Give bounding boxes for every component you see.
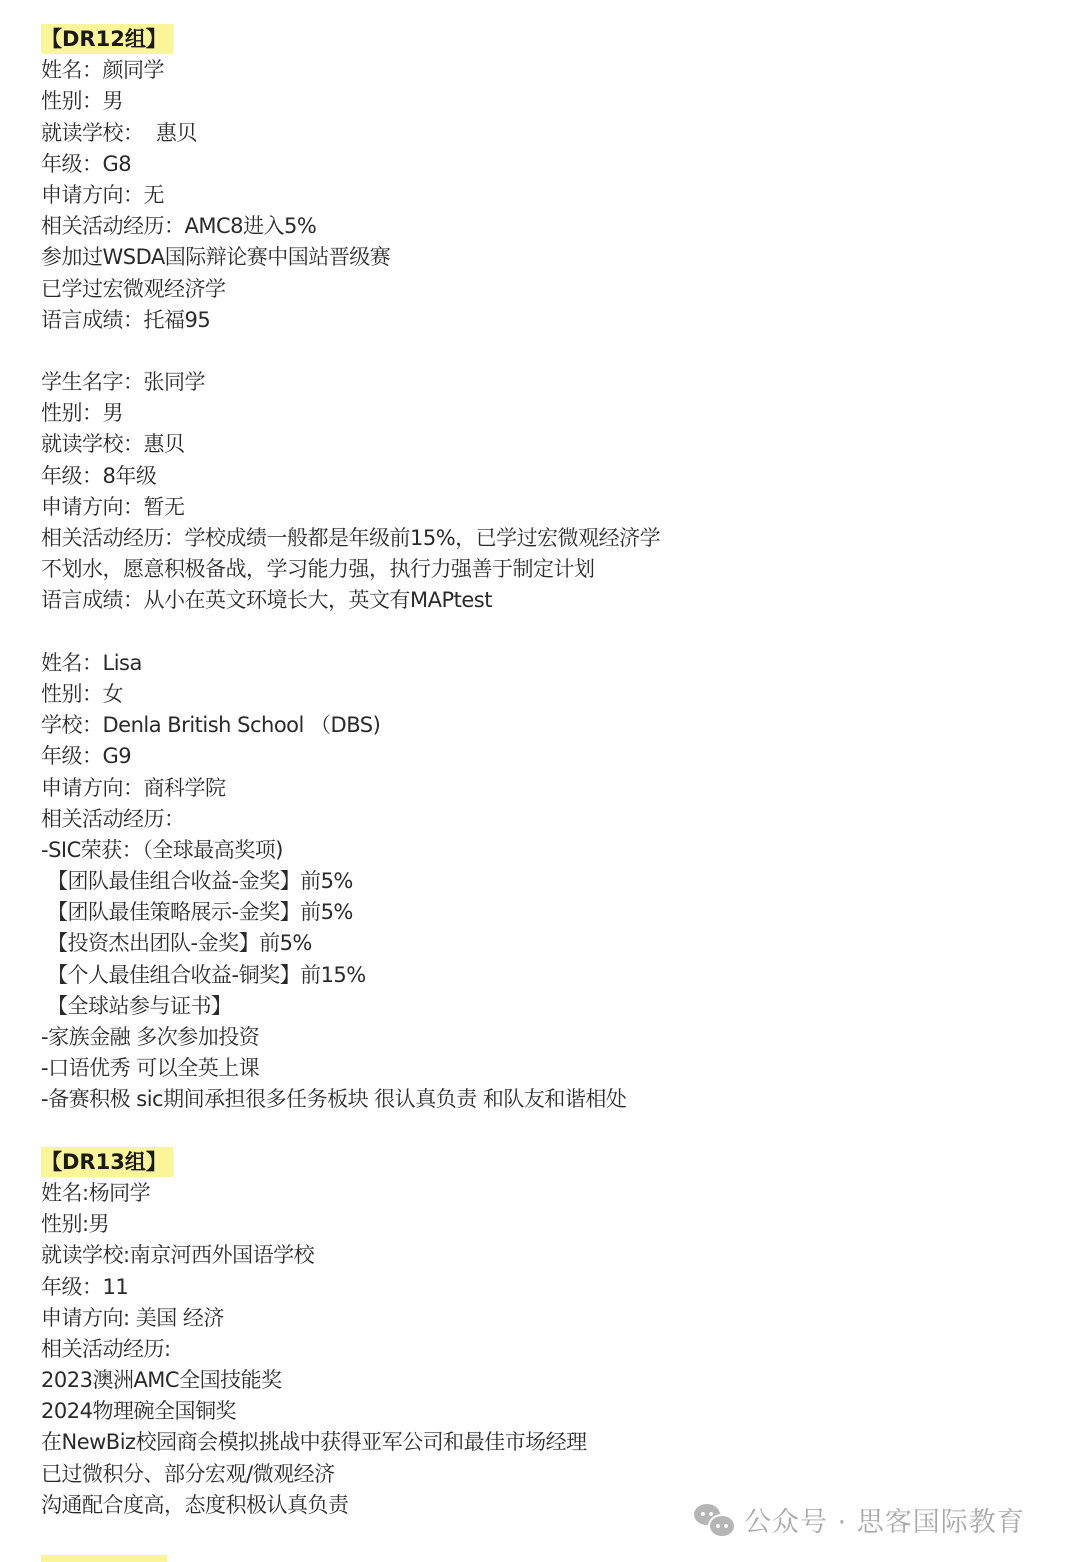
student-name: 姓名：Lisa <box>41 648 1041 679</box>
student-language: 语言成绩：托福95 <box>41 305 1041 336</box>
student-name: 姓名：颜同学 <box>41 55 1041 86</box>
student-activity-line: 已过微积分、部分宏观/微观经济 <box>41 1459 1041 1490</box>
group-header-line: 【DR12组】 <box>41 24 1041 55</box>
student-gender: 性别：男 <box>41 86 1041 117</box>
student-card: 姓名：Lisa 性别：女 学校：Denla British School （DB… <box>41 648 1041 1116</box>
student-direction: 申请方向：无 <box>41 180 1041 211</box>
award-line: 【投资杰出团队-金奖】前5% <box>41 928 1041 959</box>
student-activity-line: 参加过WSDA国际辩论赛中国站晋级赛 <box>41 242 1041 273</box>
spacer <box>41 336 1041 367</box>
student-activity-line: -SIC荣获：（全球最高奖项) <box>41 835 1041 866</box>
student-activities: 相关活动经历: <box>41 1334 1041 1365</box>
student-gender: 性别：男 <box>41 398 1041 429</box>
student-name: 姓名:杨同学 <box>41 1178 1041 1209</box>
student-grade: 年级：8年级 <box>41 461 1041 492</box>
student-card: 学生名字：张同学 性别：男 就读学校：惠贝 年级：8年级 申请方向：暂无 相关活… <box>41 367 1041 617</box>
student-activity-line: -家族金融 多次参加投资 <box>41 1022 1041 1053</box>
student-direction: 申请方向: 美国 经济 <box>41 1303 1041 1334</box>
student-school: 就读学校：惠贝 <box>41 429 1041 460</box>
student-card: 姓名：颜同学 性别：男 就读学校： 惠贝 年级：G8 申请方向：无 相关活动经历… <box>41 55 1041 336</box>
student-gender: 性别:男 <box>41 1209 1041 1240</box>
group-header-dr13: 【DR13组】 <box>41 1147 173 1177</box>
student-direction: 申请方向：商科学院 <box>41 773 1041 804</box>
spacer <box>41 1116 1041 1147</box>
award-line: 【团队最佳组合收益-金奖】前5% <box>41 866 1041 897</box>
wechat-icon <box>694 1502 734 1538</box>
spacer <box>41 617 1041 648</box>
student-activities: 相关活动经历： <box>41 804 1041 835</box>
student-activity-line: 在NewBiz校园商会模拟挑战中获得亚军公司和最佳市场经理 <box>41 1427 1041 1458</box>
student-school: 学校：Denla British School （DBS) <box>41 710 1041 741</box>
student-activity-line: -口语优秀 可以全英上课 <box>41 1053 1041 1084</box>
student-activity-line: 不划水，愿意积极备战，学习能力强，执行力强善于制定计划 <box>41 554 1041 585</box>
group-header-dr12: 【DR12组】 <box>41 24 173 54</box>
document-body: 【DR12组】 姓名：颜同学 性别：男 就读学校： 惠贝 年级：G8 申请方向：… <box>41 24 1041 1521</box>
student-gender: 性别：女 <box>41 679 1041 710</box>
award-line: 【个人最佳组合收益-铜奖】前15% <box>41 960 1041 991</box>
student-language: 语言成绩：从小在英文环境长大，英文有MAPtest <box>41 585 1041 616</box>
student-card: 姓名:杨同学 性别:男 就读学校:南京河西外国语学校 年级：11 申请方向: 美… <box>41 1178 1041 1521</box>
award-line: 【团队最佳策略展示-金奖】前5% <box>41 897 1041 928</box>
student-grade: 年级：G9 <box>41 741 1041 772</box>
award-line: 【全球站参与证书】 <box>41 991 1041 1022</box>
student-activity-line: 2024物理碗全国铜奖 <box>41 1396 1041 1427</box>
student-activity-line: 已学过宏微观经济学 <box>41 274 1041 305</box>
student-school: 就读学校： 惠贝 <box>41 118 1041 149</box>
student-school: 就读学校:南京河西外国语学校 <box>41 1240 1041 1271</box>
student-name: 学生名字：张同学 <box>41 367 1041 398</box>
student-activities: 相关活动经历：学校成绩一般都是年级前15%，已学过宏微观经济学 <box>41 523 1041 554</box>
student-grade: 年级：G8 <box>41 149 1041 180</box>
student-grade: 年级：11 <box>41 1272 1041 1303</box>
next-group-header-partial <box>41 1555 167 1562</box>
watermark-text: 公众号 · 思客国际教育 <box>744 1500 1025 1539</box>
student-activities: 相关活动经历：AMC8进入5% <box>41 211 1041 242</box>
student-activity-line: -备赛积极 sic期间承担很多任务板块 很认真负责 和队友和谐相处 <box>41 1084 1041 1115</box>
student-activity-line: 2023澳洲AMC全国技能奖 <box>41 1365 1041 1396</box>
group-header-line: 【DR13组】 <box>41 1147 1041 1178</box>
student-direction: 申请方向：暂无 <box>41 492 1041 523</box>
watermark: 公众号 · 思客国际教育 <box>694 1500 1025 1539</box>
